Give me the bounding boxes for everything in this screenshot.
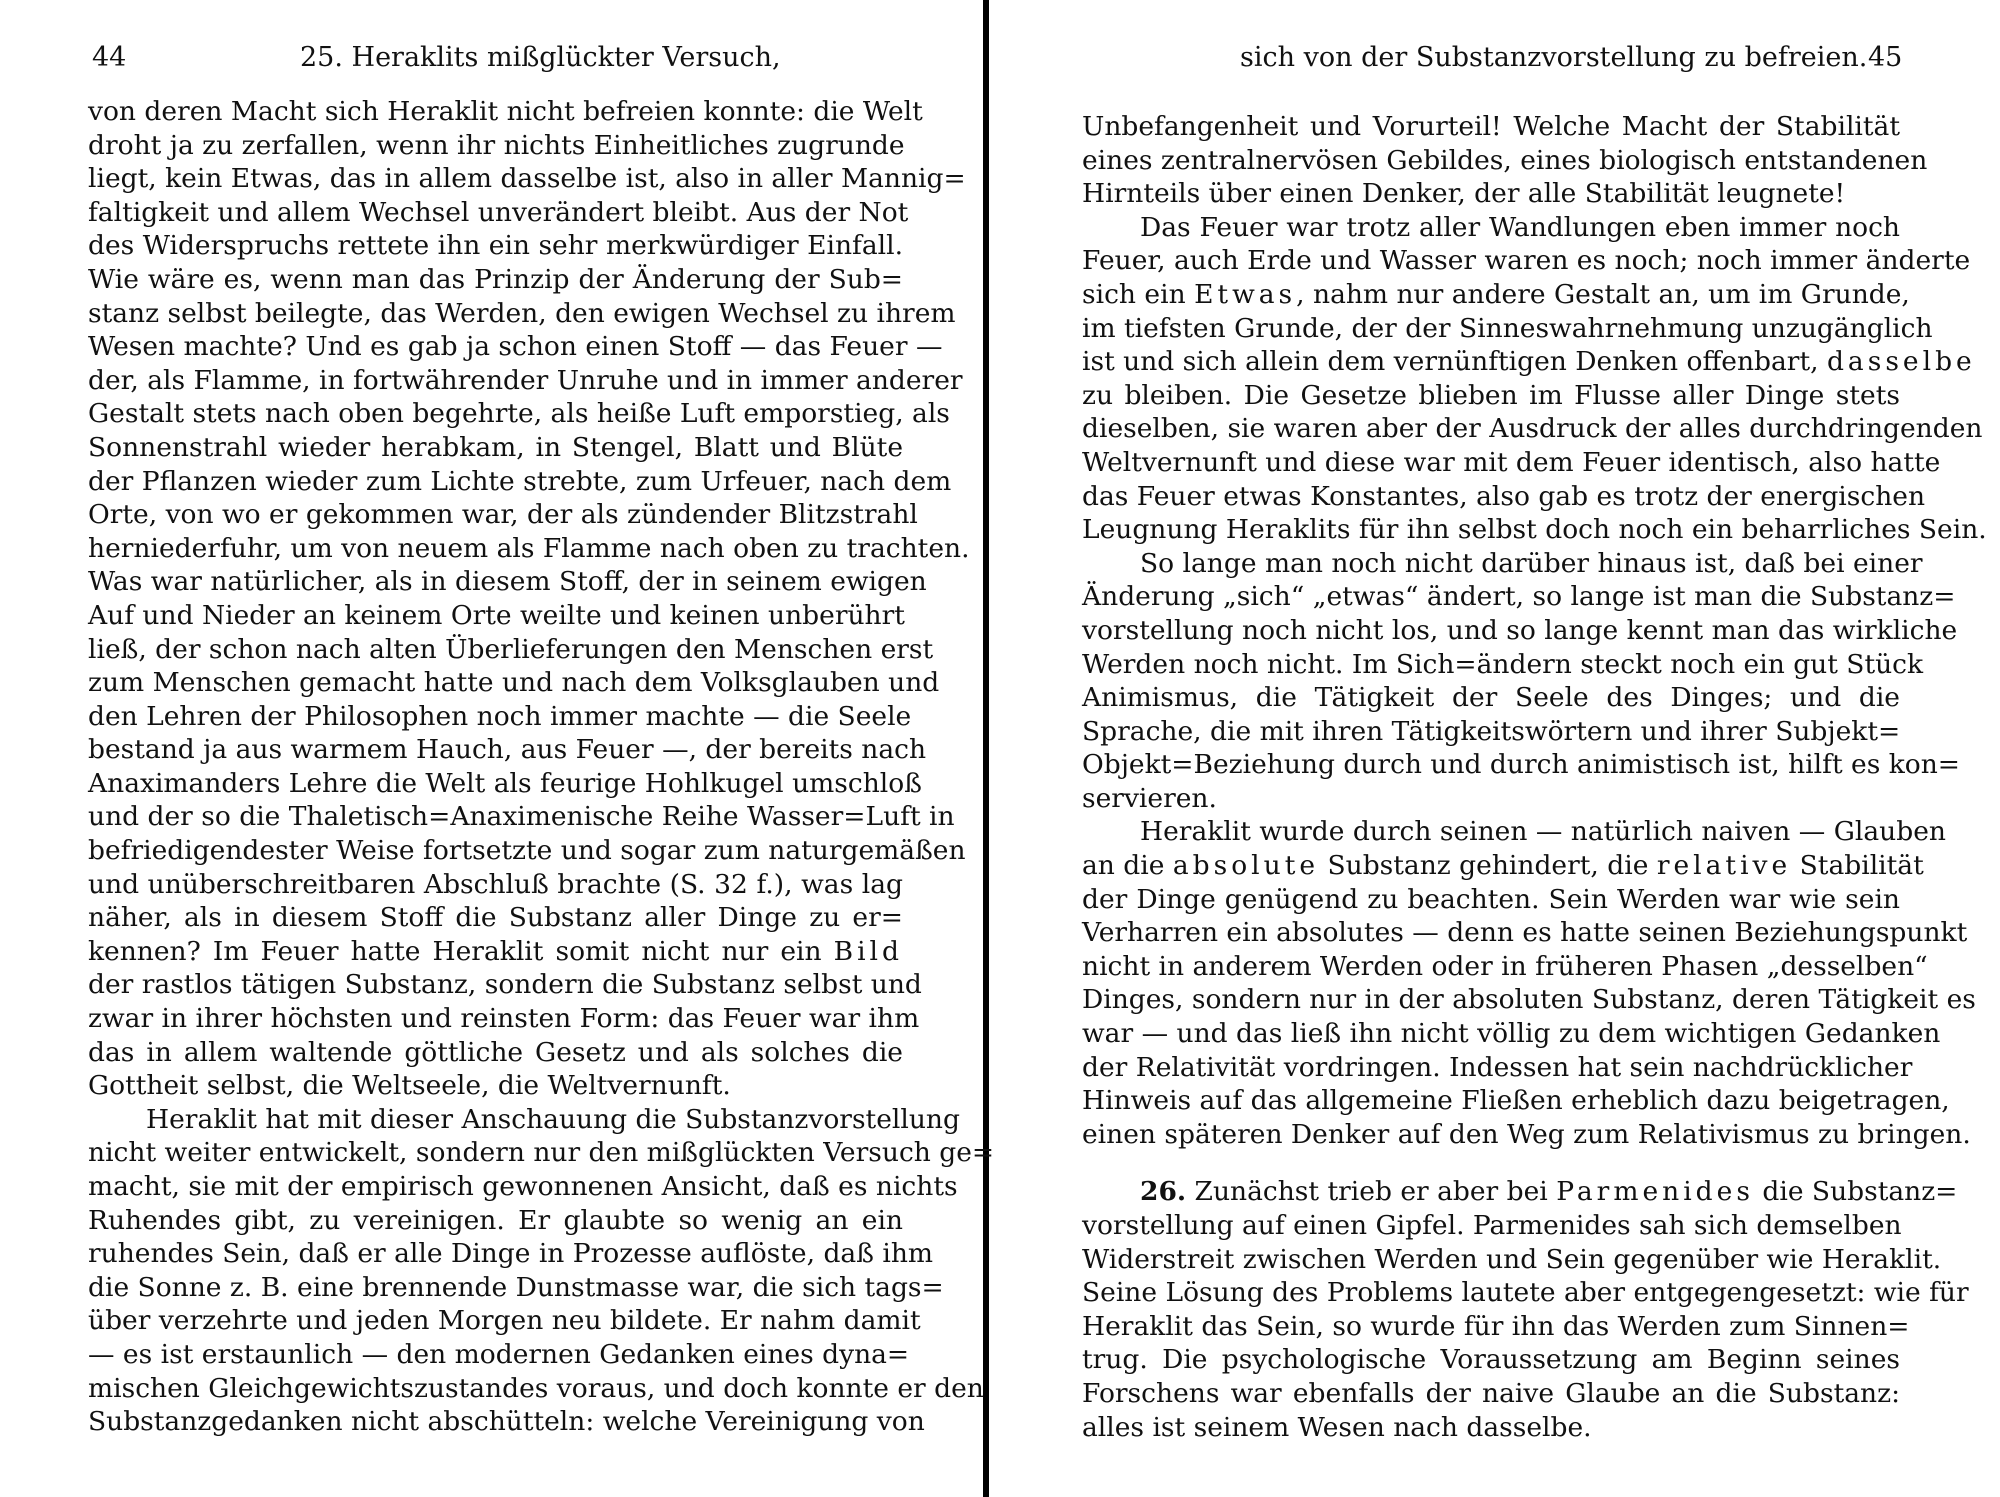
text-line: befriedigendester Weise fortsetzte und s…	[88, 834, 903, 868]
text-line: der Dinge genügend zu beachten. Sein Wer…	[1082, 883, 1900, 917]
text-line: Das Feuer war trotz aller Wandlungen ebe…	[1082, 211, 1900, 245]
text-line: — es ist erstaunlich — den modernen Geda…	[88, 1338, 903, 1372]
text-line: nicht weiter entwickelt, sondern nur den…	[88, 1136, 903, 1170]
text-line: droht ja zu zerfallen, wenn ihr nichts E…	[88, 129, 903, 163]
text-line: Gottheit selbst, die Weltseele, die Welt…	[88, 1069, 903, 1103]
text-line: Leugnung Heraklits für ihn selbst doch n…	[1082, 513, 1900, 547]
text-line: herniederfuhr, um von neuem als Flamme n…	[88, 532, 903, 566]
text-line: der Pflanzen wieder zum Lichte strebte, …	[88, 465, 903, 499]
text-line: vorstellung auf einen Gipfel. Parmenides…	[1082, 1209, 1900, 1243]
spaced-word: Etwas	[1194, 279, 1296, 310]
running-head: sich von der Substanzvorstellung zu befr…	[1240, 38, 1867, 78]
text-line: des Widerspruchs rettete ihn ein sehr me…	[88, 229, 903, 263]
text-line: Objekt=Beziehung durch und durch animist…	[1082, 748, 1900, 782]
text-line: über verzehrte und jeden Morgen neu bild…	[88, 1304, 903, 1338]
text-fragment: an die	[1082, 850, 1164, 881]
section-gap	[1082, 1151, 1900, 1175]
text-fragment: Substanz gehindert, die	[1328, 850, 1649, 881]
text-line: trug. Die psychologische Voraussetzung a…	[1082, 1343, 1900, 1377]
text-line: Weltvernunft und diese war mit dem Feuer…	[1082, 446, 1900, 480]
spaced-word: relative	[1657, 850, 1791, 881]
book-spine	[983, 0, 989, 1497]
text-line: vorstellung noch nicht los, und so lange…	[1082, 614, 1900, 648]
page-body: von deren Macht sich Heraklit nicht befr…	[88, 95, 903, 1439]
text-line: war — und das ließ ihn nicht völlig zu d…	[1082, 1017, 1900, 1051]
text-line: und der so die Thaletisch=Anaximenische …	[88, 800, 903, 834]
text-line: Unbefangenheit und Vorurteil! Welche Mac…	[1082, 110, 1900, 144]
text-line: den Lehren der Philosophen noch immer ma…	[88, 700, 903, 734]
text-line: Dinges, sondern nur in der absoluten Sub…	[1082, 983, 1900, 1017]
section-heading-line: 26. Zunächst trieb er aber bei Parmenide…	[1082, 1175, 1900, 1209]
text-line: macht, sie mit der empirisch gewonnenen …	[88, 1170, 903, 1204]
text-line: eines zentralnervösen Gebildes, eines bi…	[1082, 144, 1900, 178]
text-line: im tiefsten Grunde, der der Sinneswahrne…	[1082, 312, 1900, 346]
text-line: Feuer, auch Erde und Wasser waren es noc…	[1082, 244, 1900, 278]
text-line: alles ist seinem Wesen nach dasselbe.	[1082, 1411, 1900, 1445]
text-line: einen späteren Denker auf den Weg zum Re…	[1082, 1118, 1900, 1152]
left-page: 44 25. Heraklits mißglückter Versuch, vo…	[0, 0, 975, 1497]
text-line: Orte, von wo er gekommen war, der als zü…	[88, 498, 903, 532]
running-head: 25. Heraklits mißglückter Versuch,	[300, 38, 781, 78]
text-line: ist und sich allein dem vernünftigen Den…	[1082, 345, 1900, 379]
text-line: Heraklit hat mit dieser Anschauung die S…	[88, 1103, 903, 1137]
text-fragment: kennen? Im Feuer hatte Heraklit somit ni…	[88, 936, 822, 967]
spaced-word: dasselbe	[1827, 346, 1976, 377]
page-number: 44	[92, 38, 126, 78]
text-line: Ruhendes gibt, zu vereinigen. Er glaubte…	[88, 1204, 903, 1238]
text-line: näher, als in diesem Stoff die Substanz …	[88, 901, 903, 935]
text-line: zwar in ihrer höchsten und reinsten Form…	[88, 1002, 903, 1036]
text-fragment: die Substanz=	[1762, 1176, 1957, 1207]
text-line: der, als Flamme, in fortwährender Unruhe…	[88, 364, 903, 398]
text-line: zum Menschen gemacht hatte und nach dem …	[88, 666, 903, 700]
text-line: So lange man noch nicht darüber hinaus i…	[1082, 547, 1900, 581]
text-line: Gestalt stets nach oben begehrte, als he…	[88, 397, 903, 431]
text-line: Werden noch nicht. Im Sich=ändern steckt…	[1082, 648, 1900, 682]
text-line: Hirnteils über einen Denker, der alle St…	[1082, 177, 1900, 211]
text-line: der Relativität vordringen. Indessen hat…	[1082, 1051, 1900, 1085]
text-line: Wie wäre es, wenn man das Prinzip der Än…	[88, 263, 903, 297]
text-fragment: Zunächst trieb er aber bei	[1195, 1176, 1548, 1207]
spaced-word: Bild	[834, 936, 903, 967]
page-body: Unbefangenheit und Vorurteil! Welche Mac…	[1082, 110, 1900, 1444]
right-page: sich von der Substanzvorstellung zu befr…	[1000, 0, 2000, 1497]
text-line: das in allem waltende göttliche Gesetz u…	[88, 1036, 903, 1070]
text-line: an die absolute Substanz gehindert, die …	[1082, 849, 1900, 883]
text-line: liegt, kein Etwas, das in allem dasselbe…	[88, 162, 903, 196]
spaced-word: Parmenides	[1556, 1176, 1754, 1207]
text-line: Anaximanders Lehre die Welt als feurige …	[88, 767, 903, 801]
text-fragment: sich ein	[1082, 279, 1186, 310]
text-fragment: Stabilität	[1800, 850, 1924, 881]
spaced-word: absolute	[1173, 850, 1319, 881]
text-line: Sonnenstrahl wieder herabkam, in Stengel…	[88, 431, 903, 465]
text-line: das Feuer etwas Konstantes, also gab es …	[1082, 480, 1900, 514]
text-line: der rastlos tätigen Substanz, sondern di…	[88, 968, 903, 1002]
text-line: ließ, der schon nach alten Überlieferung…	[88, 633, 903, 667]
text-line: ruhendes Sein, daß er alle Dinge in Proz…	[88, 1237, 903, 1271]
text-line: Animismus, die Tätigkeit der Seele des D…	[1082, 681, 1900, 715]
text-line: faltigkeit und allem Wechsel unverändert…	[88, 196, 903, 230]
text-line: stanz selbst beilegte, das Werden, den e…	[88, 297, 903, 331]
text-line: Heraklit das Sein, so wurde für ihn das …	[1082, 1310, 1900, 1344]
text-line: dieselben, sie waren aber der Ausdruck d…	[1082, 412, 1900, 446]
text-line: Änderung „sich“ „etwas“ ändert, so lange…	[1082, 580, 1900, 614]
text-line: Auf und Nieder an keinem Orte weilte und…	[88, 599, 903, 633]
text-fragment: ist und sich allein dem vernünftigen Den…	[1082, 346, 1819, 377]
text-line: servieren.	[1082, 782, 1900, 816]
page-number: 45	[1868, 38, 1902, 78]
text-line: Hinweis auf das allgemeine Fließen erheb…	[1082, 1084, 1900, 1118]
text-line: Heraklit wurde durch seinen — natürlich …	[1082, 815, 1900, 849]
text-line: von deren Macht sich Heraklit nicht befr…	[88, 95, 903, 129]
text-line: Widerstreit zwischen Werden und Sein geg…	[1082, 1243, 1900, 1277]
text-line: Forschens war ebenfalls der naive Glaube…	[1082, 1377, 1900, 1411]
section-number: 26.	[1140, 1176, 1186, 1207]
text-line: die Sonne z. B. eine brennende Dunstmass…	[88, 1271, 903, 1305]
text-line: und unüberschreitbaren Abschluß brachte …	[88, 868, 903, 902]
text-line: zu bleiben. Die Gesetze blieben im Fluss…	[1082, 379, 1900, 413]
text-fragment: , nahm nur andere Gestalt an, um im Grun…	[1296, 279, 1910, 310]
text-line: nicht in anderem Werden oder in früheren…	[1082, 950, 1900, 984]
text-line: Sprache, die mit ihren Tätigkeitswörtern…	[1082, 715, 1900, 749]
text-line: sich ein Etwas, nahm nur andere Gestalt …	[1082, 278, 1900, 312]
text-line: Was war natürlicher, als in diesem Stoff…	[88, 565, 903, 599]
text-line: kennen? Im Feuer hatte Heraklit somit ni…	[88, 935, 903, 969]
text-line: Verharren ein absolutes — denn es hatte …	[1082, 916, 1900, 950]
text-line: bestand ja aus warmem Hauch, aus Feuer —…	[88, 733, 903, 767]
text-line: Seine Lösung des Problems lautete aber e…	[1082, 1276, 1900, 1310]
text-line: Substanzgedanken nicht abschütteln: welc…	[88, 1405, 903, 1439]
text-line: mischen Gleichgewichtszustandes voraus, …	[88, 1372, 903, 1406]
text-line: Wesen machte? Und es gab ja schon einen …	[88, 330, 903, 364]
